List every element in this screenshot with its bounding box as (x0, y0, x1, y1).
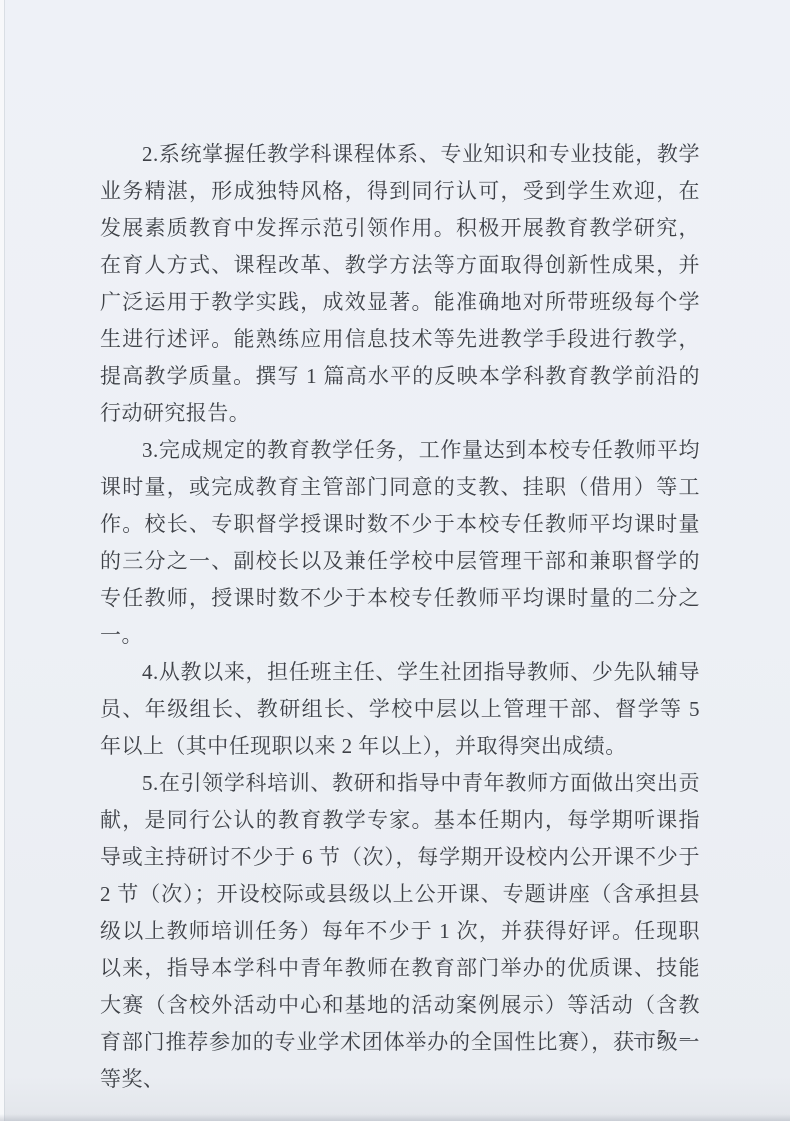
scan-left-edge-line (4, 0, 5, 1121)
paragraph-item-2: 2.系统掌握任教学科课程体系、专业知识和专业技能，教学业务精湛，形成独特风格，得… (100, 136, 700, 432)
paragraph-item-3: 3.完成规定的教育教学任务，工作量达到本校专任教师平均课时量，或完成教育主管部门… (100, 432, 700, 654)
scanned-document-page: 2.系统掌握任教学科课程体系、专业知识和专业技能，教学业务精湛，形成独特风格，得… (0, 0, 790, 1121)
scan-bottom-edge-shadow (0, 1114, 790, 1121)
page-number: – 5 – (634, 1026, 694, 1049)
document-body-text: 2.系统掌握任教学科课程体系、专业知识和专业技能，教学业务精湛，形成独特风格，得… (100, 136, 700, 1098)
paragraph-item-5: 5.在引领学科培训、教研和指导中青年教师方面做出突出贡献，是同行公认的教育教学专… (100, 765, 700, 1098)
paragraph-item-4: 4.从教以来，担任班主任、学生社团指导教师、少先队辅导员、年级组长、教研组长、学… (100, 654, 700, 765)
